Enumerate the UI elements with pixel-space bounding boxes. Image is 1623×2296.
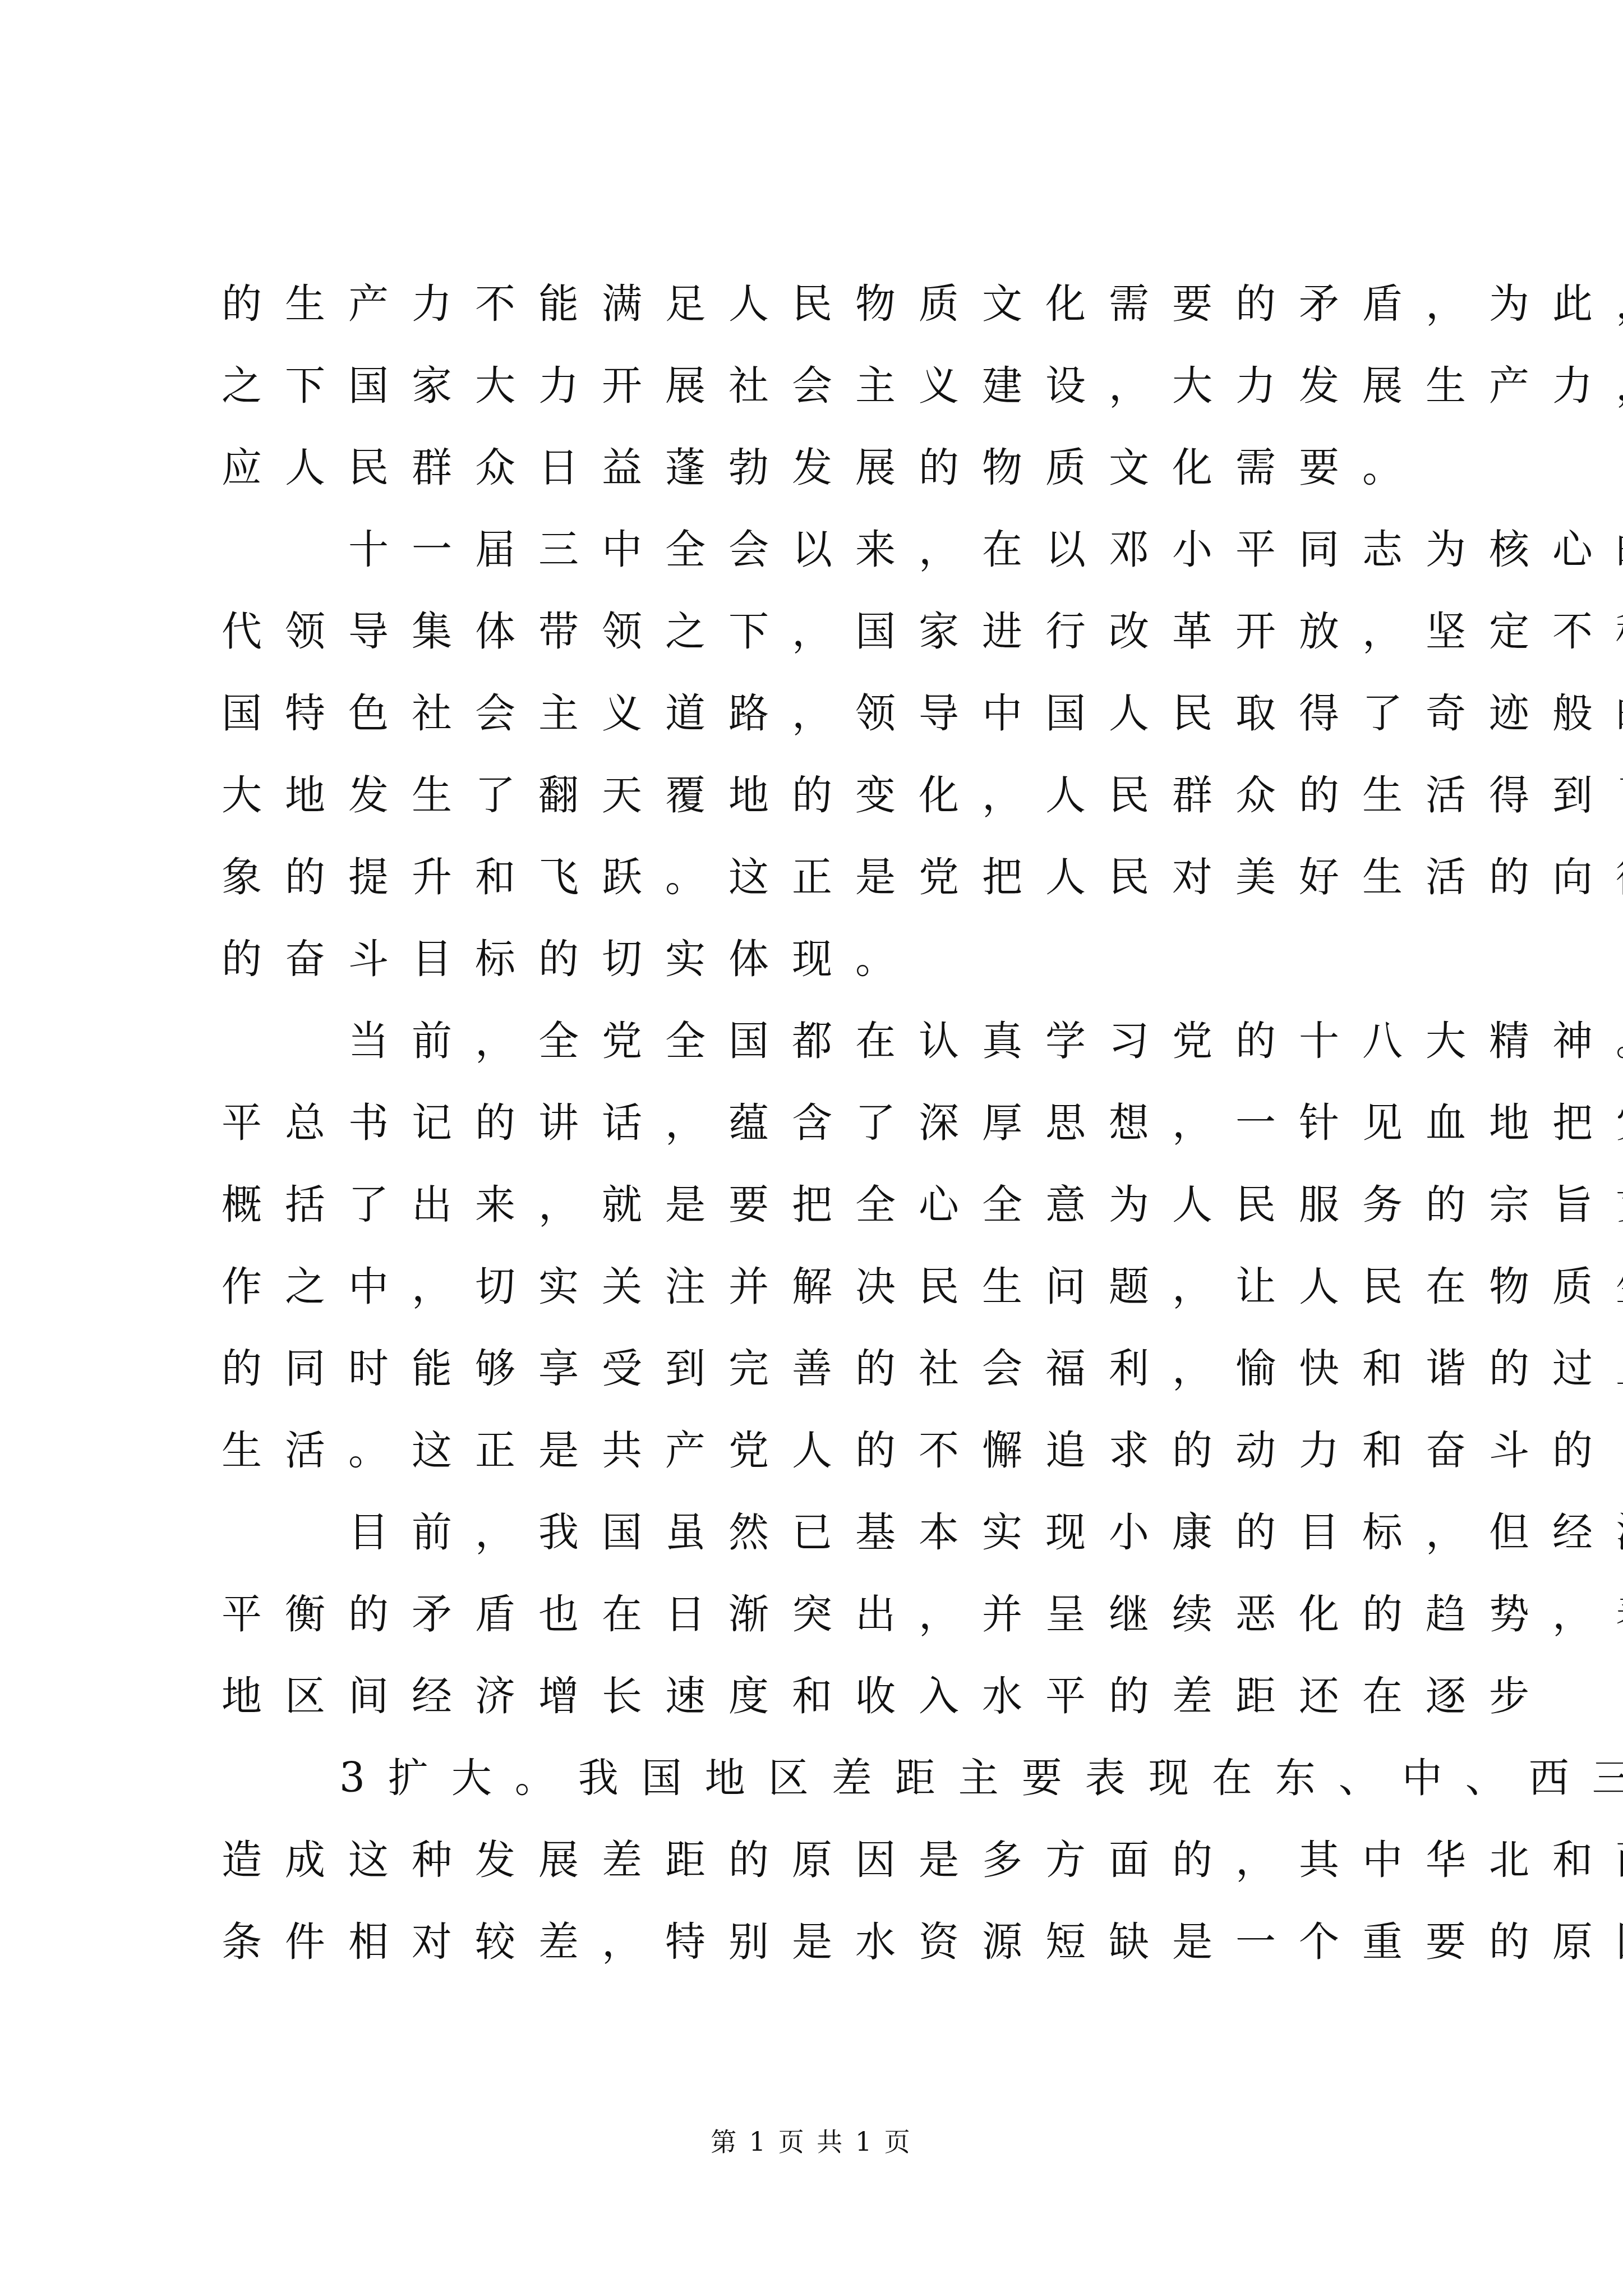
text-line: 的奋斗目标的切实体现。 [222,918,1433,1000]
text-line: 应人民群众日益蓬勃发展的物质文化需要。 [222,426,1433,508]
document-page: 的生产力不能满足人民物质文化需要的矛盾，为此，在党的领导 之下国家大力开展社会主… [0,0,1623,2296]
text-line: 的同时能够享受到完善的社会福利，愉快和谐的过上幸福美满的 [222,1327,1433,1409]
paragraph-start-line: 当前，全党全国都在认真学习党的十八大精神。其中，习近 [222,1000,1433,1082]
text-line: 的生产力不能满足人民物质文化需要的矛盾，为此，在党的领导 [222,263,1433,344]
text-line: 大地发生了翻天覆地的变化，人民群众的生活得到了以往难以想 [222,754,1433,836]
text-line: 条件相对较差，特别是水资源短缺是一个重要的原因。南水北调 [222,1901,1433,1982]
text-line: 平衡的矛盾也在日渐突出，并呈继续恶化的趋势，表现在城乡和 [222,1573,1433,1655]
text-line: 概括了出来，就是要把全心全意为人民服务的宗旨贯穿到具体工 [222,1163,1433,1245]
text-line: 生活。这正是共产党人的不懈追求的动力和奋斗的目标。 [222,1409,1433,1491]
text-line: 地区间经济增长速度和收入水平的差距还在逐步 [222,1655,1433,1737]
paragraph-start-line: 十一届三中全会以来，在以邓小平同志为核心的党中央第二 [222,508,1433,590]
text-line: 代领导集体带领之下，国家进行改革开放，坚定不移地走上了中 [222,590,1433,672]
page-number-footer: 第 1 页 共 1 页 [0,2122,1623,2159]
paragraph-start-line: 3扩大。我国地区差距主要表现在东、中、西三大地域之间， [222,1737,1433,1819]
text-line: 造成这种发展差距的原因是多方面的，其中华北和西北地区自然 [222,1819,1433,1901]
text-line: 象的提升和飞跃。这正是党把人民对美好生活的向往作为了自身 [222,836,1433,918]
document-body: 的生产力不能满足人民物质文化需要的矛盾，为此，在党的领导 之下国家大力开展社会主… [222,263,1433,1982]
text-line: 平总书记的讲话，蕴含了深厚思想，一针见血地把党的奋斗目标 [222,1082,1433,1163]
text-line: 之下国家大力开展社会主义建设，大力发展生产力，就是为了适 [222,344,1433,426]
text-line: 作之中，切实关注并解决民生问题，让人民在物质生活大大提高 [222,1245,1433,1327]
paragraph-start-line: 目前，我国虽然已基本实现小康的目标，但经济社会发展不 [222,1491,1433,1573]
text-line: 国特色社会主义道路，领导中国人民取得了奇迹般的发展，神州 [222,672,1433,754]
